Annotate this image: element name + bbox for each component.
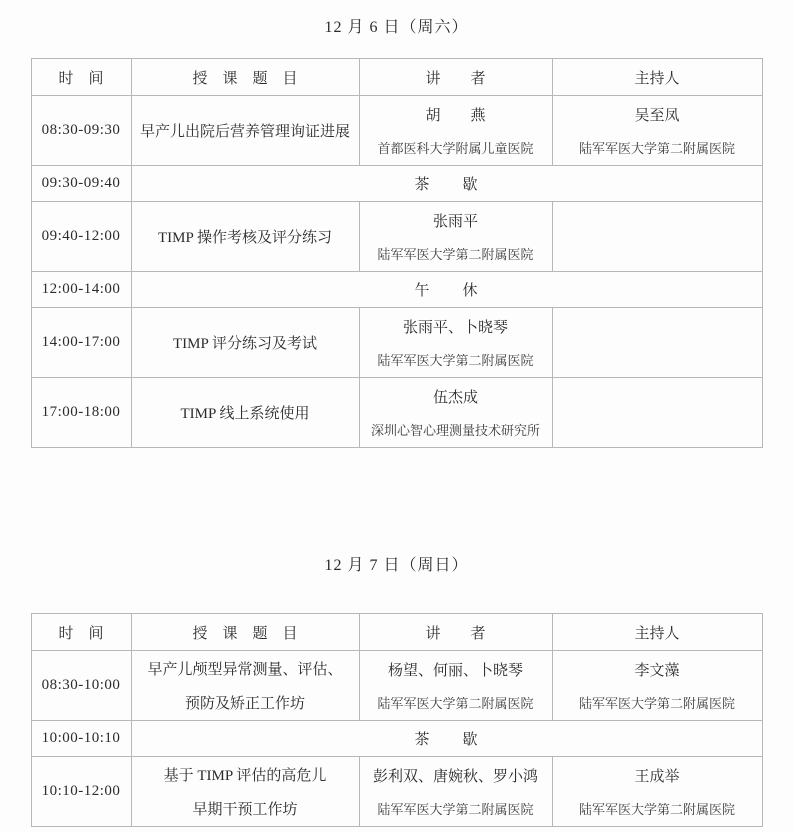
topic-line: 基于 TIMP 评估的高危儿 xyxy=(136,764,355,785)
break-cell: 茶 歇 xyxy=(131,166,762,202)
topic-line: TIMP 操作考核及评分练习 xyxy=(136,226,355,247)
speaker-name: 张雨平、卜晓琴 xyxy=(364,316,548,337)
host-name: 李文藻 xyxy=(557,659,758,680)
header-topic: 授 课 题 目 xyxy=(131,614,359,651)
speaker-cell: 张雨平、卜晓琴 陆军军医大学第二附属医院 xyxy=(359,308,552,378)
time-cell: 08:30-09:30 xyxy=(31,96,131,166)
header-host: 主持人 xyxy=(552,59,762,96)
day1-header-row: 时 间 授 课 题 目 讲 者 主持人 xyxy=(31,59,762,96)
topic-cell: TIMP 操作考核及评分练习 xyxy=(131,202,359,272)
speaker-org: 陆军军医大学第二附属医院 xyxy=(364,693,548,712)
time-cell: 12:00-14:00 xyxy=(31,272,131,308)
topic-line: TIMP 线上系统使用 xyxy=(136,402,355,423)
host-name: 王成举 xyxy=(557,765,758,786)
header-speaker: 讲 者 xyxy=(359,614,552,651)
time-cell: 14:00-17:00 xyxy=(31,308,131,378)
speaker-name: 伍杰成 xyxy=(364,386,548,407)
speaker-org: 首都医科大学附属儿童医院 xyxy=(364,138,548,157)
time-cell: 09:40-12:00 xyxy=(31,202,131,272)
speaker-name: 胡 燕 xyxy=(364,104,548,125)
speaker-cell: 伍杰成 深圳心智心理测量技术研究所 xyxy=(359,378,552,448)
host-name: 吴至凤 xyxy=(557,104,758,125)
topic-cell: TIMP 线上系统使用 xyxy=(131,378,359,448)
table-row: 08:30-10:00 早产儿颅型异常测量、评估、 预防及矫正工作坊 杨望、何丽… xyxy=(31,651,762,721)
header-time: 时 间 xyxy=(31,59,131,96)
host-cell xyxy=(552,202,762,272)
host-org: 陆军军医大学第二附属医院 xyxy=(557,693,758,712)
table-row: 09:40-12:00 TIMP 操作考核及评分练习 张雨平 陆军军医大学第二附… xyxy=(31,202,762,272)
header-host: 主持人 xyxy=(552,614,762,651)
host-org: 陆军军医大学第二附属医院 xyxy=(557,799,758,818)
time-cell: 17:00-18:00 xyxy=(31,378,131,448)
break-cell: 茶 歇 xyxy=(131,721,762,757)
topic-line: 早产儿出院后营养管理询证进展 xyxy=(136,120,355,141)
host-cell xyxy=(552,308,762,378)
speaker-org: 深圳心智心理测量技术研究所 xyxy=(364,420,548,439)
time-cell: 09:30-09:40 xyxy=(31,166,131,202)
header-speaker: 讲 者 xyxy=(359,59,552,96)
table-row: 17:00-18:00 TIMP 线上系统使用 伍杰成 深圳心智心理测量技术研究… xyxy=(31,378,762,448)
speaker-name: 张雨平 xyxy=(364,210,548,231)
table-row: 14:00-17:00 TIMP 评分练习及考试 张雨平、卜晓琴 陆军军医大学第… xyxy=(31,308,762,378)
topic-cell: TIMP 评分练习及考试 xyxy=(131,308,359,378)
time-cell: 10:10-12:00 xyxy=(31,757,131,827)
time-cell: 10:00-10:10 xyxy=(31,721,131,757)
table-row-break: 12:00-14:00 午 休 xyxy=(31,272,762,308)
host-cell: 李文藻 陆军军医大学第二附属医院 xyxy=(552,651,762,721)
schedule-page: 12 月 6 日（周六） 时 间 授 课 题 目 讲 者 主持人 08:30-0… xyxy=(0,0,793,833)
time-cell: 08:30-10:00 xyxy=(31,651,131,721)
host-cell xyxy=(552,378,762,448)
host-org: 陆军军医大学第二附属医院 xyxy=(557,138,758,157)
speaker-cell: 张雨平 陆军军医大学第二附属医院 xyxy=(359,202,552,272)
topic-line: 早产儿颅型异常测量、评估、 xyxy=(136,658,355,679)
header-time: 时 间 xyxy=(31,614,131,651)
day2-schedule-table: 时 间 授 课 题 目 讲 者 主持人 08:30-10:00 早产儿颅型异常测… xyxy=(31,613,763,827)
speaker-org: 陆军军医大学第二附属医院 xyxy=(364,244,548,263)
table-row-break: 09:30-09:40 茶 歇 xyxy=(31,166,762,202)
topic-cell: 早产儿颅型异常测量、评估、 预防及矫正工作坊 xyxy=(131,651,359,721)
speaker-org: 陆军军医大学第二附属医院 xyxy=(364,350,548,369)
topic-line: 早期干预工作坊 xyxy=(136,798,355,819)
speaker-name: 杨望、何丽、卜晓琴 xyxy=(364,659,548,680)
topic-line: TIMP 评分练习及考试 xyxy=(136,332,355,353)
day2-header-row: 时 间 授 课 题 目 讲 者 主持人 xyxy=(31,614,762,651)
speaker-name: 彭利双、唐婉秋、罗小鸿 xyxy=(364,765,548,786)
speaker-cell: 彭利双、唐婉秋、罗小鸿 陆军军医大学第二附属医院 xyxy=(359,757,552,827)
day2-title: 12 月 7 日（周日） xyxy=(0,448,793,575)
host-cell: 王成举 陆军军医大学第二附属医院 xyxy=(552,757,762,827)
day1-schedule-table: 时 间 授 课 题 目 讲 者 主持人 08:30-09:30 早产儿出院后营养… xyxy=(31,58,763,448)
day1-title: 12 月 6 日（周六） xyxy=(0,0,793,37)
break-cell: 午 休 xyxy=(131,272,762,308)
table-row: 08:30-09:30 早产儿出院后营养管理询证进展 胡 燕 首都医科大学附属儿… xyxy=(31,96,762,166)
topic-cell: 早产儿出院后营养管理询证进展 xyxy=(131,96,359,166)
speaker-cell: 杨望、何丽、卜晓琴 陆军军医大学第二附属医院 xyxy=(359,651,552,721)
topic-cell: 基于 TIMP 评估的高危儿 早期干预工作坊 xyxy=(131,757,359,827)
host-cell: 吴至凤 陆军军医大学第二附属医院 xyxy=(552,96,762,166)
header-topic: 授 课 题 目 xyxy=(131,59,359,96)
speaker-org: 陆军军医大学第二附属医院 xyxy=(364,799,548,818)
topic-line: 预防及矫正工作坊 xyxy=(136,692,355,713)
speaker-cell: 胡 燕 首都医科大学附属儿童医院 xyxy=(359,96,552,166)
table-row-break: 10:00-10:10 茶 歇 xyxy=(31,721,762,757)
table-row: 10:10-12:00 基于 TIMP 评估的高危儿 早期干预工作坊 彭利双、唐… xyxy=(31,757,762,827)
